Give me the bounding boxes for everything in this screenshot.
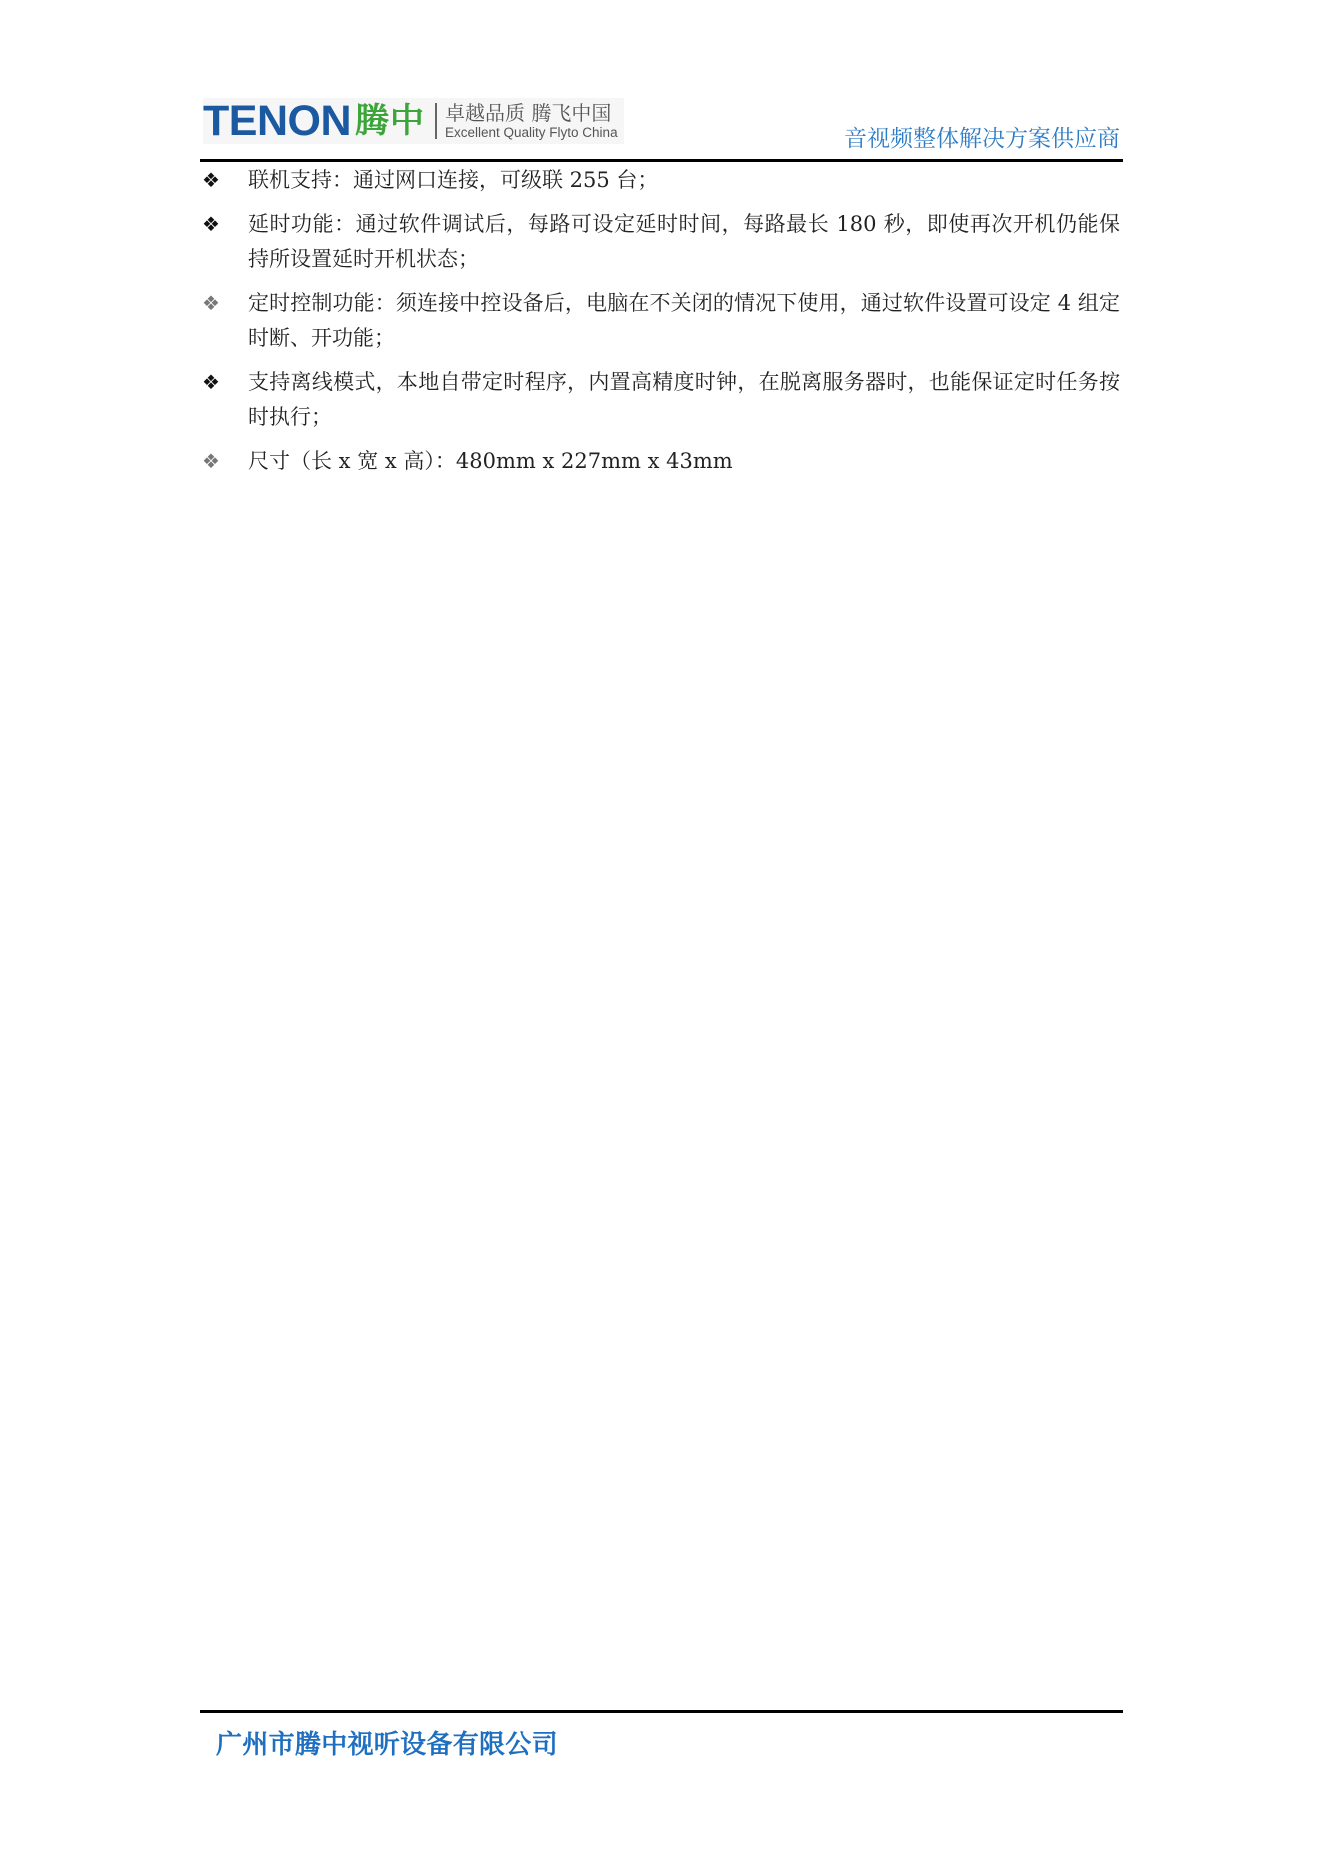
logo-divider <box>435 103 437 139</box>
feature-text: 延时功能：通过软件调试后，每路可设定延时时间，每路最长 180 秒，即使再次开机… <box>248 212 1120 271</box>
feature-item: ❖ 延时功能：通过软件调试后，每路可设定延时时间，每路最长 180 秒，即使再次… <box>200 207 1120 277</box>
document-page: TENON 腾中 卓越品质 腾飞中国 Excellent Quality Fly… <box>0 0 1323 1871</box>
feature-item: ❖ 定时控制功能：须连接中控设备后，电脑在不关闭的情况下使用，通过软件设置可设定… <box>200 286 1120 356</box>
logo-tagline-en: Excellent Quality Flyto China <box>445 125 618 141</box>
feature-text: 尺寸（长 x 宽 x 高）：480mm x 227mm x 43mm <box>248 449 733 473</box>
diamond-bullet-icon: ❖ <box>200 444 222 479</box>
diamond-bullet-icon: ❖ <box>200 286 222 321</box>
diamond-bullet-icon: ❖ <box>200 207 222 242</box>
feature-item: ❖ 联机支持：通过网口连接，可级联 255 台； <box>200 163 1120 198</box>
diamond-bullet-icon: ❖ <box>200 163 222 198</box>
diamond-bullet-icon: ❖ <box>200 365 222 400</box>
logo-tagline: 卓越品质 腾飞中国 Excellent Quality Flyto China <box>445 101 618 141</box>
company-logo: TENON 腾中 卓越品质 腾飞中国 Excellent Quality Fly… <box>203 98 624 144</box>
footer-divider <box>200 1710 1123 1713</box>
feature-text: 支持离线模式，本地自带定时程序，内置高精度时钟，在脱离服务器时，也能保证定时任务… <box>248 370 1120 429</box>
feature-item: ❖ 支持离线模式，本地自带定时程序，内置高精度时钟，在脱离服务器时，也能保证定时… <box>200 365 1120 435</box>
footer-company-name: 广州市腾中视听设备有限公司 <box>216 1729 558 1761</box>
feature-text: 定时控制功能：须连接中控设备后，电脑在不关闭的情况下使用，通过软件设置可设定 4… <box>248 291 1120 350</box>
feature-text: 联机支持：通过网口连接，可级联 255 台； <box>248 168 658 192</box>
header-slogan: 音视频整体解决方案供应商 <box>844 124 1120 154</box>
feature-list: ❖ 联机支持：通过网口连接，可级联 255 台； ❖ 延时功能：通过软件调试后，… <box>200 162 1120 479</box>
feature-item: ❖ 尺寸（长 x 宽 x 高）：480mm x 227mm x 43mm <box>200 444 1120 479</box>
logo-tagline-cn: 卓越品质 腾飞中国 <box>445 101 618 125</box>
logo-brand-cn: 腾中 <box>355 98 425 144</box>
logo-brand-en: TENON <box>203 98 351 144</box>
